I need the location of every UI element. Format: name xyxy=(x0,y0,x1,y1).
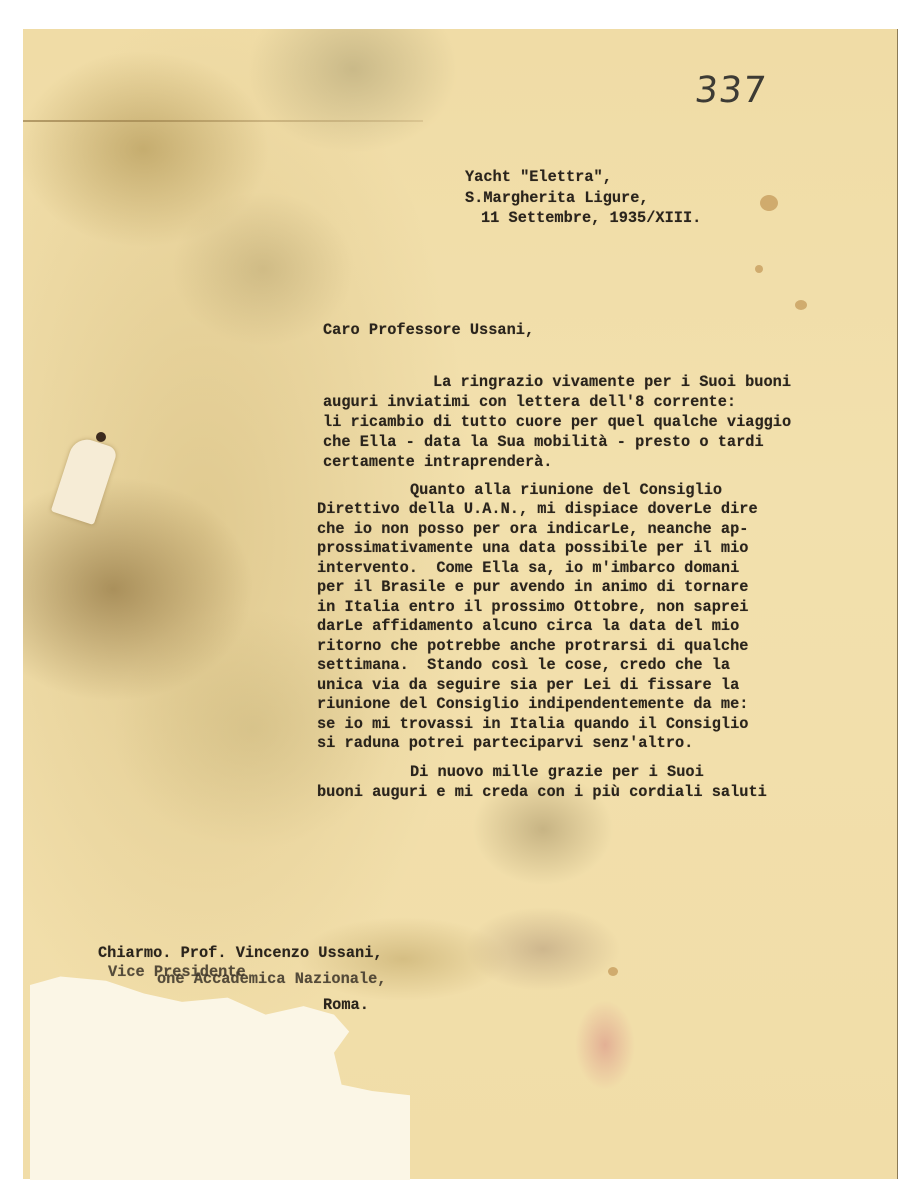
foxing-spot xyxy=(795,300,807,310)
body-line: se io mi trovassi in Italia quando il Co… xyxy=(317,715,748,735)
body-line: li ricambio di tutto cuore per quel qual… xyxy=(323,413,791,433)
body-line: darLe affidamento alcuno circa la data d… xyxy=(317,617,739,637)
body-line: auguri inviatimi con lettera dell'8 corr… xyxy=(323,393,736,413)
foxing-spot xyxy=(608,967,618,976)
body-line: Di nuovo mille grazie per i Suoi xyxy=(410,763,704,783)
body-line: certamente intraprenderà. xyxy=(323,453,553,473)
body-line: unica via da seguire sia per Lei di fiss… xyxy=(317,676,739,696)
addressee-name: Chiarmo. Prof. Vincenzo Ussani, xyxy=(98,944,383,964)
handwritten-page-number: 337 xyxy=(693,70,769,111)
body-line: buoni auguri e mi creda con i più cordia… xyxy=(317,783,767,803)
header-line-yacht: Yacht "Elettra", xyxy=(465,168,612,188)
header-line-place: S.Margherita Ligure, xyxy=(465,189,649,209)
foxing-spot xyxy=(755,265,763,273)
body-line: in Italia entro il prossimo Ottobre, non… xyxy=(317,598,748,618)
paper-fold-crease xyxy=(23,120,423,122)
header-line-date: 11 Settembre, 1935/XIII. xyxy=(481,209,701,229)
body-line: settimana. Stando così le cose, credo ch… xyxy=(317,656,730,676)
body-line: ritorno che potrebbe anche protrarsi di … xyxy=(317,637,748,657)
foxing-spot xyxy=(760,195,778,211)
salutation: Caro Professore Ussani, xyxy=(323,321,534,341)
addressee-organization: one Accademica Nazionale, xyxy=(157,970,387,990)
body-line: si raduna potrei parteciparvi senz'altro… xyxy=(317,734,693,754)
body-line: intervento. Come Ella sa, io m'imbarco d… xyxy=(317,559,739,579)
body-line: La ringrazio vivamente per i Suoi buoni xyxy=(433,373,791,393)
body-line: che Ella - data la Sua mobilità - presto… xyxy=(323,433,764,453)
body-line: prossimativamente una data possibile per… xyxy=(317,539,748,559)
body-line: Quanto alla riunione del Consiglio xyxy=(410,481,722,501)
body-line: riunione del Consiglio indipendentemente… xyxy=(317,695,748,715)
ink-stain xyxy=(575,1000,635,1090)
body-line: che io non posso per ora indicarLe, nean… xyxy=(317,520,748,540)
paper-stain-dot xyxy=(96,432,106,442)
body-line: Direttivo della U.A.N., mi dispiace dove… xyxy=(317,500,758,520)
body-line: per il Brasile e pur avendo in animo di … xyxy=(317,578,748,598)
addressee-city: Roma. xyxy=(323,996,369,1016)
